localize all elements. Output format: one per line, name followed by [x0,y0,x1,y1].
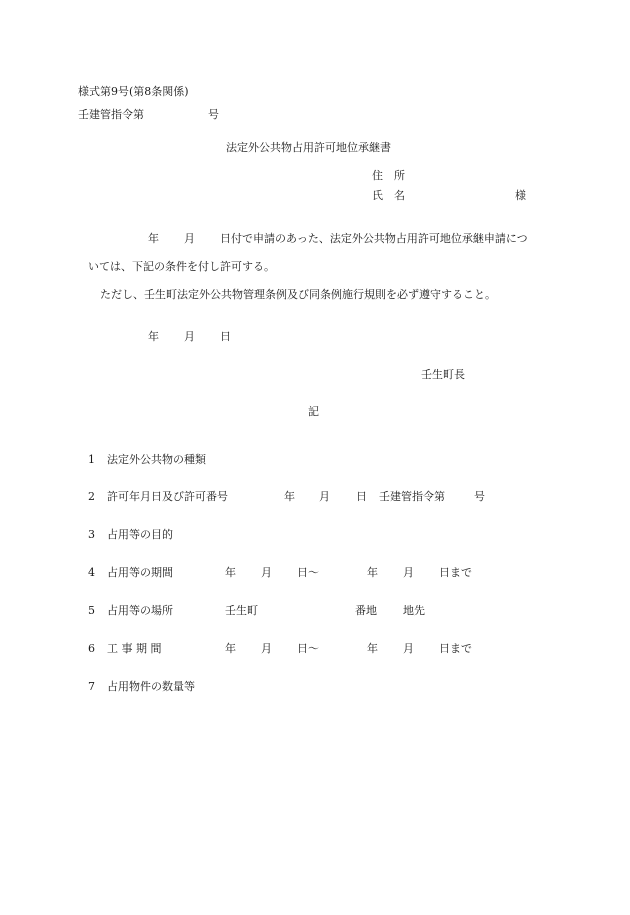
item-2-permit-suffix: 号 [474,490,485,504]
body-line2: いては、下記の条件を付し許可する。 [88,260,275,274]
issue-date-day: 日 [220,330,231,344]
item-2-number: 2 [88,490,95,504]
issue-date-year: 年 [148,330,159,344]
item-6-to-year: 年 [367,642,378,656]
name-label: 氏 名 [372,189,405,203]
item-6-from-year: 年 [225,642,236,656]
item-6-number: 6 [88,642,95,656]
item-4-from-year: 年 [225,566,236,580]
address-label: 住 所 [372,169,405,183]
body-line1: 日付で申請のあった、法定外公共物占用許可地位承継申請につ [220,232,528,246]
form-label: 様式第9号(第8条関係) [78,85,189,99]
item-6-from-day: 日～ [297,642,319,656]
ki-heading: 記 [308,405,319,419]
item-2-label: 許可年月日及び許可番号 [107,490,228,504]
item-7-number: 7 [88,680,95,694]
item-5-banchi: 番地 [355,604,377,618]
item-2-day: 日 [356,490,367,504]
item-5-chisaki: 地先 [403,604,425,618]
item-1-number: 1 [88,453,95,467]
item-6-to-day: 日まで [439,642,472,656]
item-4-from-day: 日～ [297,566,319,580]
item-4-from-month: 月 [261,566,272,580]
item-7-label: 占用物件の数量等 [107,680,195,694]
item-5-label: 占用等の場所 [107,604,173,618]
item-2-permit-prefix: 壬建管指令第 [379,490,445,504]
body-line3: ただし、壬生町法定外公共物管理条例及び同条例施行規則を必ず遵守すること。 [100,288,496,302]
item-4-number: 4 [88,566,95,580]
issuer: 壬生町長 [421,368,465,382]
body-date-month: 月 [184,232,195,246]
item-4-label: 占用等の期間 [107,566,173,580]
body-date-year: 年 [148,232,159,246]
honorific: 様 [515,189,526,203]
item-5-town: 壬生町 [225,604,258,618]
item-4-to-day: 日まで [439,566,472,580]
item-3-label: 占用等の目的 [107,528,173,542]
document-title: 法定外公共物占用許可地位承継書 [226,141,391,155]
reference-number-prefix: 壬建管指令第 [78,108,144,122]
item-3-number: 3 [88,528,95,542]
item-6-from-month: 月 [261,642,272,656]
item-5-number: 5 [88,604,95,618]
item-4-to-month: 月 [403,566,414,580]
item-1-label: 法定外公共物の種類 [107,453,206,467]
item-6-label: 工 事 期 間 [107,642,162,656]
item-4-to-year: 年 [367,566,378,580]
item-6-to-month: 月 [403,642,414,656]
item-2-month: 月 [319,490,330,504]
item-2-year: 年 [284,490,295,504]
issue-date-month: 月 [184,330,195,344]
reference-number-suffix: 号 [208,108,219,122]
